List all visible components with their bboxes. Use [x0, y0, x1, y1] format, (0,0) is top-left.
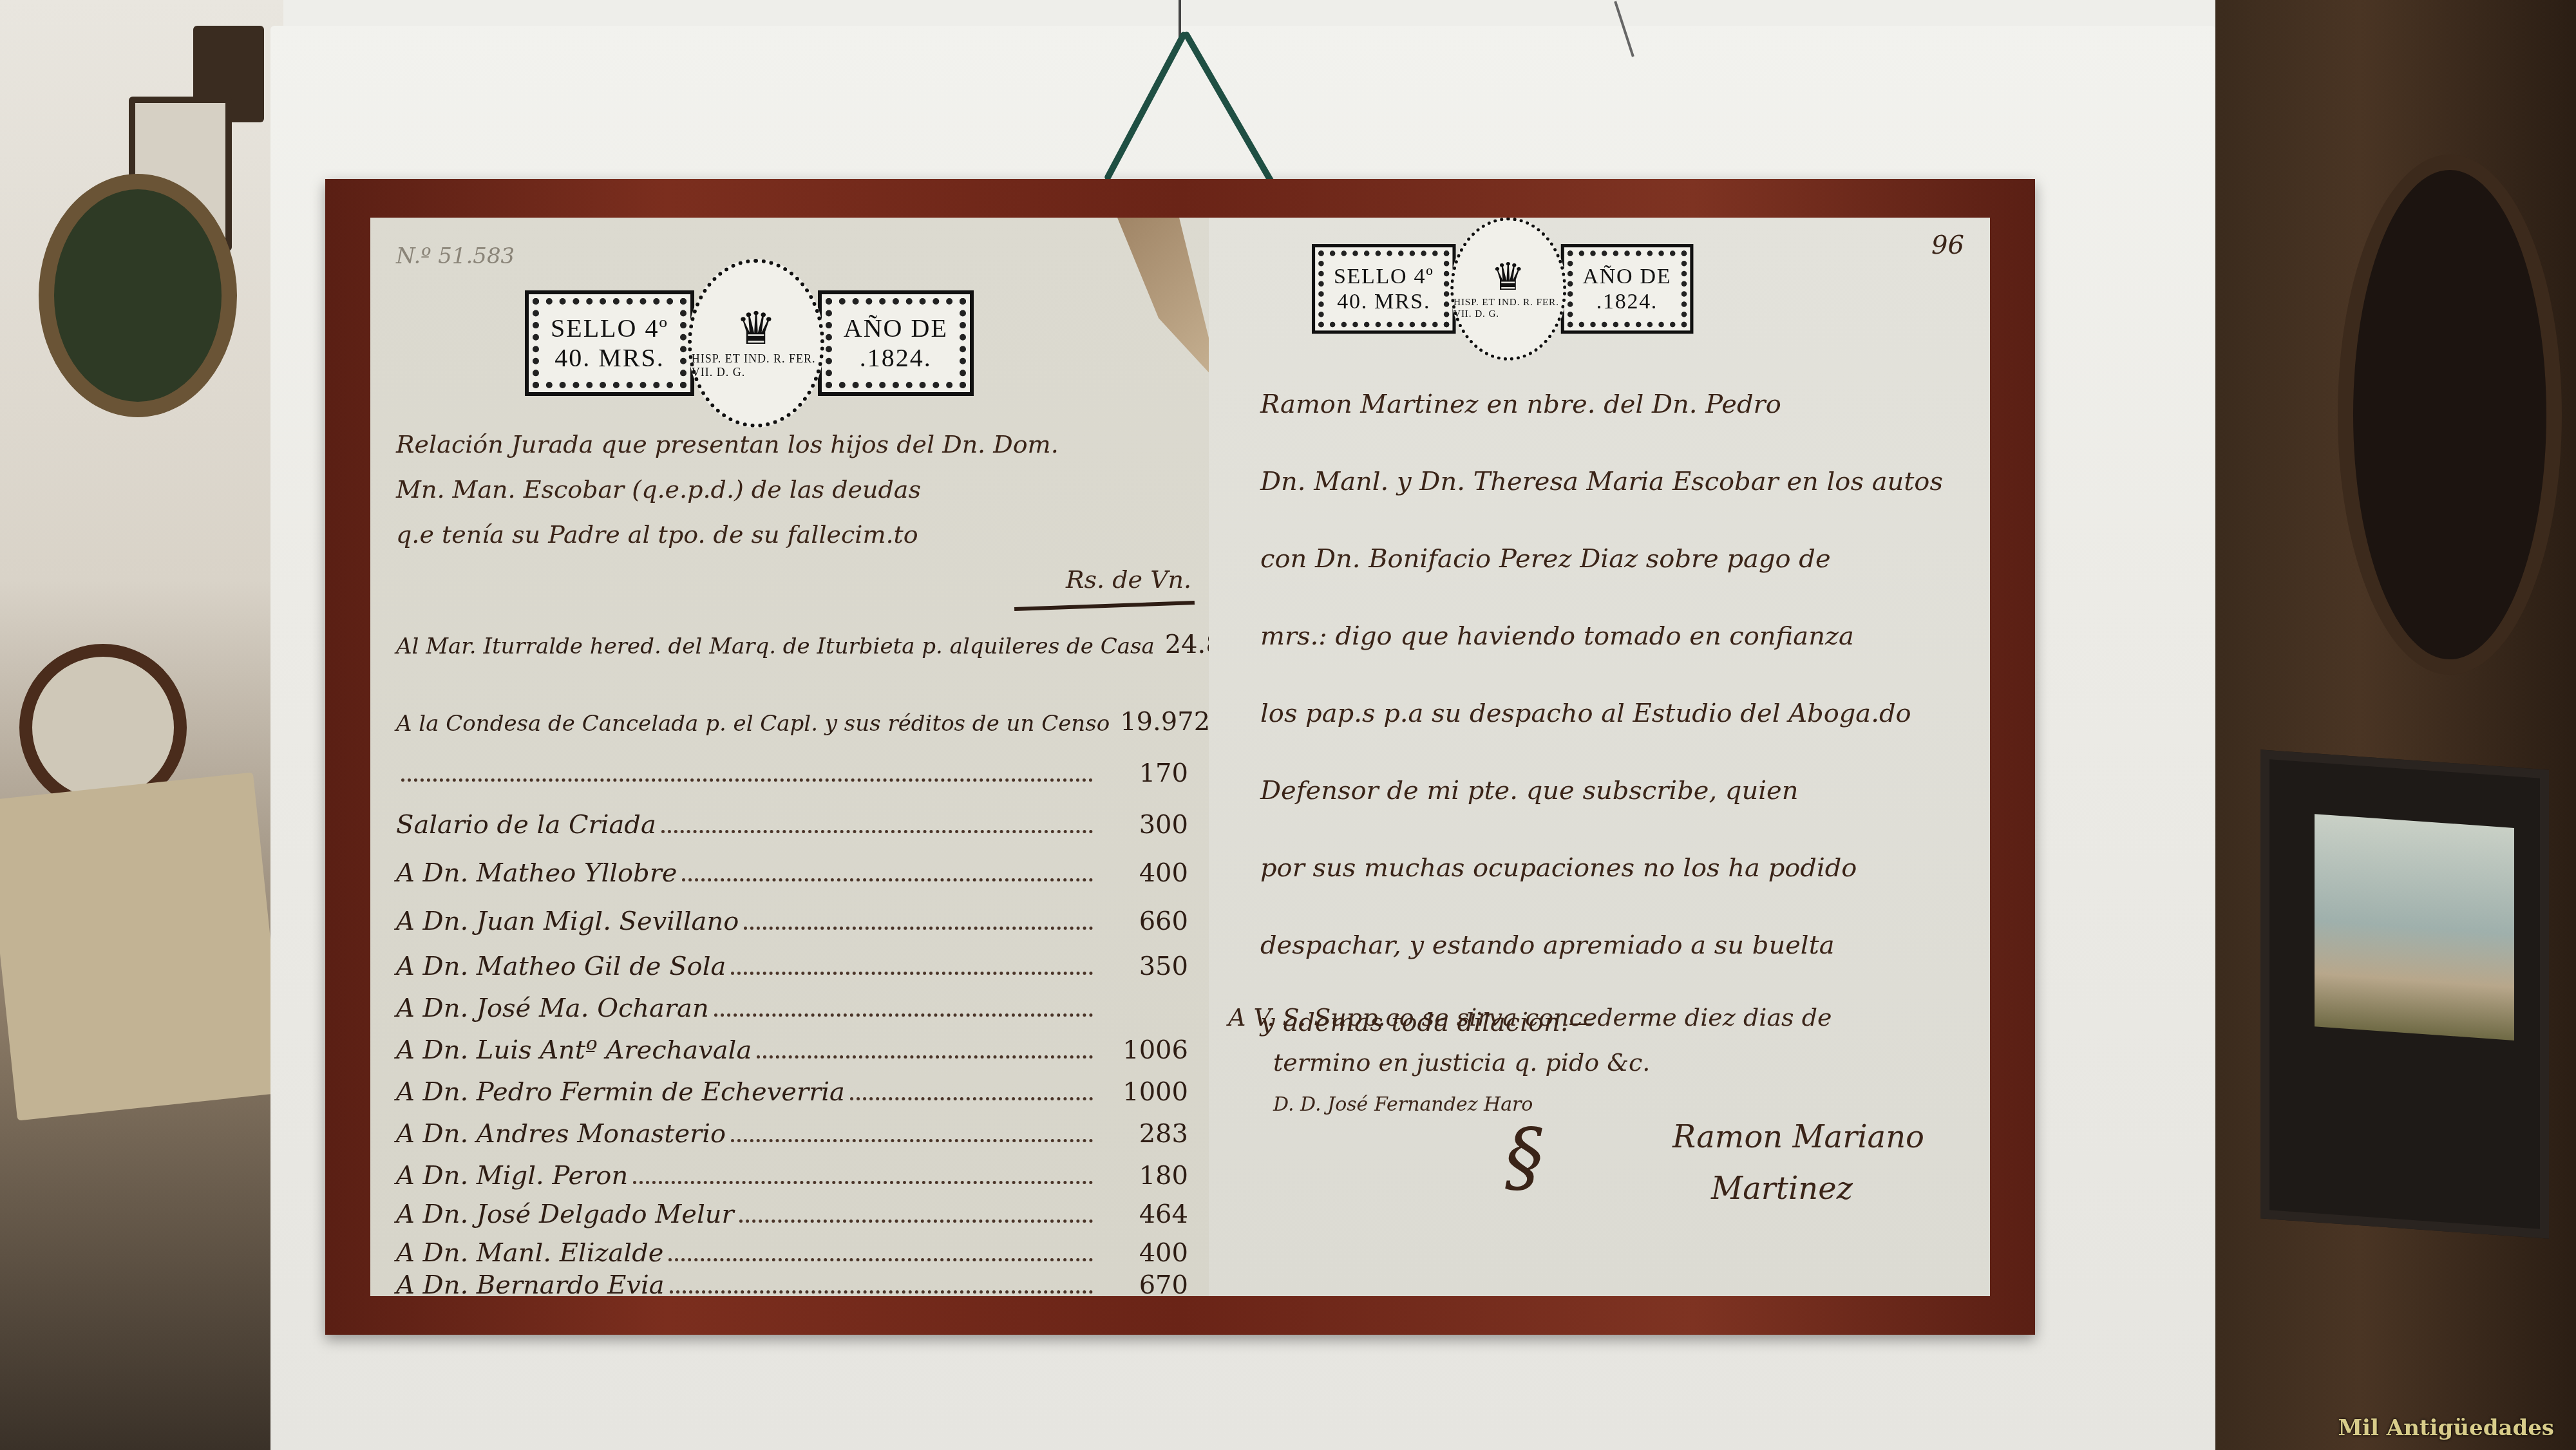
ledger-row: A Dn. Matheo Gil de Sola350: [396, 952, 1188, 981]
leader-dots: [757, 1055, 1093, 1059]
wall-decoration-oval: [39, 174, 237, 417]
leader-dots: [739, 1219, 1093, 1223]
stamp-seal-left: SELLO 4º 40. MRS. ♛ HISP. ET IND. R. FER…: [525, 282, 974, 404]
ledger-creditor: A Dn. Juan Migl. Sevillano: [396, 907, 739, 936]
ledger-amount: 283: [1098, 1119, 1188, 1149]
ledger-row: Salario de la Criada300: [396, 810, 1188, 840]
document-page-right: 96 SELLO 4º 40. MRS. ♛ HISP. ET IND. R. …: [1209, 218, 1990, 1296]
stamp-year-box: AÑO DE .1824.: [818, 290, 974, 396]
coat-of-arms-icon: ♛: [735, 307, 776, 352]
ledger-amount: 300: [1098, 810, 1188, 840]
body-line: Ramon Martinez en nbre. del Dn. Pedro: [1260, 366, 1969, 443]
document-page-left: N.º 51.583 SELLO 4º 40. MRS. ♛ HISP. ET …: [370, 218, 1209, 1296]
ledger-amount: 670: [1098, 1270, 1188, 1296]
leader-dots: [682, 878, 1093, 881]
ledger-row: A la Condesa de Cancelada p. el Capl. y …: [396, 707, 1188, 737]
ledger-creditor: A Dn. José Delgado Melur: [396, 1200, 734, 1229]
leader-dots: [670, 1290, 1093, 1294]
seal-legend: HISP. ET IND. R. FER. VII. D. G.: [692, 352, 820, 379]
leader-dots: [731, 1139, 1093, 1142]
body-line: Defensor de mi pte. que subscribe, quien: [1260, 752, 1969, 829]
stamp-sello: SELLO 4º: [551, 314, 668, 343]
stamp-year-box: AÑO DE .1824.: [1561, 244, 1694, 334]
stamp-sello: SELLO 4º: [1334, 264, 1434, 289]
ledger-row: A Dn. Bernardo Evia670: [396, 1270, 1188, 1296]
ledger-row: 170: [396, 758, 1188, 788]
signature-name: Ramon Mariano: [1672, 1119, 1924, 1155]
stamp-year: .1824.: [844, 343, 948, 373]
stamp-value: 40. MRS.: [551, 343, 668, 373]
royal-seal: ♛ HISP. ET IND. R. FER. VII. D. G.: [1450, 218, 1566, 361]
ledger-creditor: A Dn. Andres Monasterio: [396, 1119, 726, 1149]
ledger-row: A Dn. Manl. Elizalde400: [396, 1238, 1188, 1268]
stamp-year-label: AÑO DE: [844, 314, 948, 343]
ledger-creditor: A Dn. Matheo Gil de Sola: [396, 952, 726, 981]
ledger-amount: 170: [1098, 758, 1188, 788]
leader-dots: [668, 1258, 1093, 1261]
ledger-creditor: A Dn. Manl. Elizalde: [396, 1238, 663, 1268]
attorney-name: D. D. José Fernandez Haro: [1273, 1093, 1533, 1116]
ledger-row: A Dn. Pedro Fermin de Echeverria1000: [396, 1077, 1188, 1107]
ledger-row: A Dn. Matheo Yllobre400: [396, 858, 1188, 888]
petition-line: termino en justicia q. pido &c.: [1273, 1048, 1650, 1077]
watermark-logo: Mil Antigüedades: [2338, 1415, 2554, 1441]
heading-line: Relación Jurada que presentan los hijos …: [396, 430, 1059, 458]
ledger-amount: 24.872: [1165, 630, 1209, 659]
ledger-amount: 464: [1098, 1200, 1188, 1229]
stamp-year-label: AÑO DE: [1583, 264, 1672, 289]
coat-of-arms-icon: ♛: [1491, 258, 1525, 297]
ledger-row: A Dn. José Ma. Ocharan: [396, 993, 1188, 1023]
oval-portrait-frame: [2338, 155, 2562, 675]
folio-number: 96: [1931, 231, 1964, 260]
newspaper-pile: [0, 772, 287, 1120]
ledger-creditor: Al Mar. Iturralde hered. del Marq. de It…: [396, 634, 1155, 659]
body-line: los pap.s p.a su despacho al Estudio del…: [1260, 675, 1969, 752]
stamp-value-box: SELLO 4º 40. MRS.: [1312, 244, 1455, 334]
currency-note: Rs. de Vn.: [1066, 565, 1191, 594]
ledger-amount: 400: [1098, 858, 1188, 888]
body-line: por sus muchas ocupaciones no los ha pod…: [1260, 829, 1969, 907]
ledger-creditor: A Dn. José Ma. Ocharan: [396, 993, 709, 1023]
body-line: Dn. Manl. y Dn. Theresa Maria Escobar en…: [1260, 443, 1969, 520]
ledger-amount: 660: [1098, 907, 1188, 936]
ledger-row: A Dn. José Delgado Melur464: [396, 1200, 1188, 1229]
ledger-amount: 350: [1098, 952, 1188, 981]
body-line: despachar, y estando apremiado a su buel…: [1260, 907, 1969, 984]
stamp-value-box: SELLO 4º 40. MRS.: [525, 290, 694, 396]
frame-glass: N.º 51.583 SELLO 4º 40. MRS. ♛ HISP. ET …: [370, 218, 1990, 1296]
petition-line: A V. S. Supp.co se sirva concederme diez…: [1228, 1003, 1832, 1031]
leader-dots: [714, 1013, 1093, 1017]
landscape-painting: [2260, 749, 2549, 1238]
ledger-creditor: A Dn. Pedro Fermin de Echeverria: [396, 1077, 845, 1107]
heading-line: Mn. Man. Escobar (q.e.p.d.) de las deuda…: [396, 475, 921, 504]
leader-dots: [633, 1181, 1093, 1184]
ledger-row: A Dn. Andres Monasterio283: [396, 1119, 1188, 1149]
ledger-creditor: Salario de la Criada: [396, 810, 656, 840]
ledger-amount: 400: [1098, 1238, 1188, 1268]
ledger-creditor: A Dn. Migl. Peron: [396, 1161, 628, 1191]
ledger-row: A Dn. Juan Migl. Sevillano660: [396, 907, 1188, 936]
ledger-amount: 19.972: [1120, 707, 1209, 737]
pencil-note: N.º 51.583: [396, 243, 515, 269]
ledger-creditor: A Dn. Luis Antº Arechavala: [396, 1035, 752, 1065]
ledger-amount: 180: [1098, 1161, 1188, 1191]
petition-body: Ramon Martinez en nbre. del Dn. Pedro Dn…: [1260, 366, 1969, 1061]
attorney-flourish: §: [1505, 1113, 1544, 1202]
ledger-amount: 1000: [1098, 1077, 1188, 1107]
ledger-creditor: A Dn. Bernardo Evia: [396, 1270, 665, 1296]
stamp-year: .1824.: [1583, 289, 1672, 314]
leader-dots: [401, 778, 1093, 782]
ledger-amount: 1006: [1098, 1035, 1188, 1065]
leader-dots: [744, 927, 1093, 930]
ledger-row: A Dn. Migl. Peron180: [396, 1161, 1188, 1191]
seal-legend: HISP. ET IND. R. FER. VII. D. G.: [1454, 297, 1563, 320]
stamp-value: 40. MRS.: [1334, 289, 1434, 314]
ledger-row: Al Mar. Iturralde hered. del Marq. de It…: [396, 630, 1188, 659]
royal-seal: ♛ HISP. ET IND. R. FER. VII. D. G.: [688, 259, 824, 428]
leader-dots: [731, 972, 1093, 975]
body-line: con Dn. Bonifacio Perez Diaz sobre pago …: [1260, 520, 1969, 598]
signature-surname: Martinez: [1711, 1171, 1853, 1207]
heading-underline: [1014, 601, 1195, 611]
landscape-painting-canvas: [2315, 814, 2514, 1040]
heading-line: q.e tenía su Padre al tpo. de su falleci…: [396, 520, 918, 549]
leader-dots: [661, 830, 1093, 833]
stamp-seal-right: SELLO 4º 40. MRS. ♛ HISP. ET IND. R. FER…: [1312, 237, 1693, 341]
body-line: mrs.: digo que haviendo tomado en confia…: [1260, 598, 1969, 675]
ledger-row: A Dn. Luis Antº Arechavala1006: [396, 1035, 1188, 1065]
picture-frame: N.º 51.583 SELLO 4º 40. MRS. ♛ HISP. ET …: [325, 179, 2035, 1335]
leader-dots: [850, 1097, 1093, 1100]
ledger-creditor: A Dn. Matheo Yllobre: [396, 858, 677, 888]
ledger-creditor: A la Condesa de Cancelada p. el Capl. y …: [396, 711, 1110, 737]
